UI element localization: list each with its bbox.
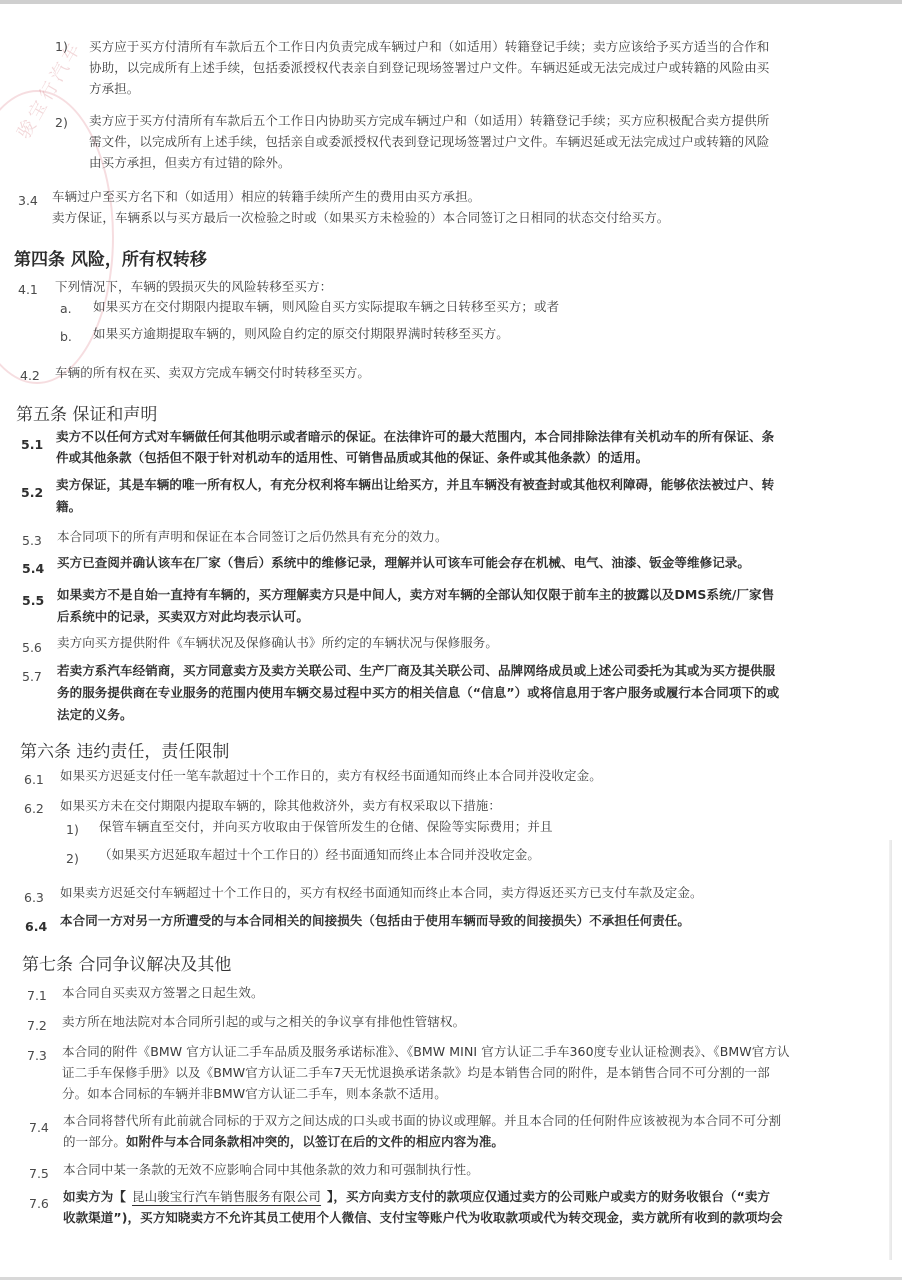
section-5-4-text: 买方已查阅并确认该车在厂家（售后）系统中的维修记录，理解并认可该车可能会存在机械…	[57, 552, 750, 573]
section-7-6-prefix: 如卖方为【	[63, 1189, 126, 1204]
section-7-4-plain: 的一部分。	[63, 1134, 126, 1149]
section-6-2-2-text: （如果买方迟延取车超过十个工作日的）经书面通知而终止本合同并没收定金。	[99, 844, 540, 865]
section-7-4-bold: 如附件与本合同条款相冲突的，以签订在后的文件的相应内容为准。	[126, 1134, 504, 1149]
section-number: 7.6	[29, 1193, 49, 1214]
section-5-6-text: 卖方向买方提供附件《车辆状况及保修确认书》所约定的车辆状况与保修服务。	[57, 632, 498, 653]
section-number: 7.3	[27, 1045, 47, 1066]
section-number: 4.2	[20, 365, 40, 386]
clause-3-item-2-line-3: 由买方承担，但卖方有过错的除外。	[89, 152, 291, 173]
section-number: 6.4	[25, 916, 47, 937]
section-6-4-text: 本合同一方对另一方所遭受的与本合同相关的间接损失（包括由于使用车辆而导致的间接损…	[60, 910, 690, 931]
clause-4-heading: 第四条 风险，所有权转移	[14, 245, 207, 270]
sub-item-number: 2)	[66, 848, 79, 869]
section-4-1-b-text: 如果买方逾期提取车辆的，则风险自约定的原交付期限界满时转移至买方。	[93, 323, 509, 344]
section-number: 5.2	[21, 482, 43, 503]
section-6-2-1-text: 保管车辆直至交付，并向买方收取由于保管所发生的仓储、保险等实际费用；并且	[99, 816, 553, 837]
section-number: 6.2	[24, 798, 44, 819]
section-7-1-text: 本合同自买卖双方签署之日起生效。	[62, 982, 264, 1003]
section-6-2-text: 如果买方未在交付期限内提取车辆的，除其他救济外，卖方有权采取以下措施：	[60, 795, 501, 816]
section-number: 5.7	[22, 666, 42, 687]
clause-3-item-1-line-2: 协助，以完成所有上述手续，包括委派授权代表亲自到登记现场签署过户文件。车辆迟延或…	[89, 57, 769, 78]
sub-item-number: 1)	[66, 819, 79, 840]
section-7-2-text: 卖方所在地法院对本合同所引起的或与之相关的争议享有排他性管辖权。	[62, 1011, 465, 1032]
page-top-edge	[0, 0, 902, 4]
section-number: 6.3	[24, 887, 44, 908]
seller-name-field: 昆山骏宝行汽车销售服务有限公司	[126, 1189, 327, 1204]
section-3-4-line-2: 卖方保证，车辆系以与买方最后一次检验之时或（如果买方未检验的）本合同签订之日相同…	[52, 207, 669, 228]
item-number: 1)	[55, 36, 68, 57]
section-5-5-line-2: 后系统中的记录，买卖双方对此均表示认可。	[57, 606, 309, 627]
section-7-6-line-1: 如卖方为【昆山骏宝行汽车销售服务有限公司】，买方向卖方支付的款项应仅通过卖方的公…	[63, 1186, 770, 1207]
section-7-3-line-3: 分。如本合同标的车辆并非BMW官方认证二手车，则本条款不适用。	[62, 1083, 447, 1104]
section-4-1-text: 下列情况下，车辆的毁损灭失的风险转移至买方：	[55, 276, 332, 297]
section-7-4-line-2: 的一部分。如附件与本合同条款相冲突的，以签订在后的文件的相应内容为准。	[63, 1131, 504, 1152]
sub-item-letter: a.	[60, 298, 72, 319]
clause-3-item-1-line-3: 方承担。	[89, 78, 139, 99]
section-4-1-a-text: 如果买方在交付期限内提取车辆，则风险自买方实际提取车辆之日转移至买方；或者	[93, 296, 559, 317]
sub-item-letter: b.	[60, 326, 72, 347]
section-7-6-line-2: 收款渠道”)，买方知晓卖方不允许其员工使用个人微信、支付宝等账户代为收取款项或代…	[63, 1207, 783, 1228]
section-7-5-text: 本合同中某一条款的无效不应影响合同中其他条款的效力和可强制执行性。	[63, 1159, 479, 1180]
section-number: 5.1	[21, 434, 43, 455]
section-3-4-line-1: 车辆过户至买方名下和（如适用）相应的转籍手续所产生的费用由买方承担。	[52, 186, 480, 207]
section-number: 5.5	[22, 590, 44, 611]
section-5-3-text: 本合同项下的所有声明和保证在本合同签订之后仍然具有充分的效力。	[57, 526, 448, 547]
section-5-2-line-1: 卖方保证，其是车辆的唯一所有权人，有充分权利将车辆出让给买方，并且车辆没有被查封…	[56, 474, 774, 495]
clause-3-item-2-line-1: 卖方应于买方付清所有车款后五个工作日内协助买方完成车辆过户和（如适用）转籍登记手…	[89, 110, 769, 131]
section-7-3-line-1: 本合同的附件《BMW 官方认证二手车品质及服务承诺标准》、《BMW MINI 官…	[62, 1041, 790, 1062]
section-number: 7.1	[27, 985, 47, 1006]
page-edge-shadow	[889, 840, 892, 1260]
section-5-1-line-1: 卖方不以任何方式对车辆做任何其他明示或者暗示的保证。在法律许可的最大范围内，本合…	[56, 426, 774, 447]
clause-3-item-2-line-2: 需文件，以完成所有上述手续，包括亲自或委派授权代表到登记现场签署过户文件。车辆迟…	[89, 131, 769, 152]
section-number: 7.4	[29, 1117, 49, 1138]
clause-5-heading: 第五条 保证和声明	[16, 400, 157, 425]
section-number: 5.3	[22, 530, 42, 551]
section-6-1-text: 如果买方迟延支付任一笔车款超过十个工作日的，卖方有权经书面通知而终止本合同并没收…	[60, 765, 602, 786]
clause-3-item-1-line-1: 买方应于买方付清所有车款后五个工作日内负责完成车辆过户和（如适用）转籍登记手续；…	[89, 36, 769, 57]
section-5-7-line-1: 若卖方系汽车经销商，买方同意卖方及卖方关联公司、生产厂商及其关联公司、品牌网络成…	[57, 660, 775, 681]
section-4-2-text: 车辆的所有权在买、卖双方完成车辆交付时转移至买方。	[55, 362, 370, 383]
section-5-7-line-3: 法定的义务。	[57, 704, 133, 725]
section-7-3-line-2: 证二手车保修手册》以及《BMW官方认证二手车7天无忧退换承诺条款》均是本销售合同…	[62, 1062, 770, 1083]
section-number: 3.4	[18, 190, 38, 211]
section-number: 7.2	[27, 1015, 47, 1036]
section-number: 4.1	[18, 279, 38, 300]
section-number: 6.1	[24, 769, 44, 790]
section-number: 5.4	[22, 558, 44, 579]
section-6-3-text: 如果卖方迟延交付车辆超过十个工作日的，买方有权经书面通知而终止本合同，卖方得返还…	[60, 882, 703, 903]
section-5-2-line-2: 籍。	[56, 496, 81, 517]
section-number: 7.5	[29, 1163, 49, 1184]
section-5-1-line-2: 件或其他条款（包括但不限于针对机动车的适用性、可销售品质或其他的保证、条件或其他…	[56, 447, 648, 468]
clause-7-heading: 第七条 合同争议解决及其他	[22, 950, 231, 975]
clause-6-heading: 第六条 违约责任，责任限制	[20, 737, 229, 762]
item-number: 2)	[55, 112, 68, 133]
section-7-6-suffix: 】，买方向卖方支付的款项应仅通过卖方的公司账户或卖方的财务收银台（“卖方	[327, 1189, 770, 1204]
section-number: 5.6	[22, 637, 42, 658]
section-5-5-line-1: 如果卖方不是自始一直持有车辆的，买方理解卖方只是中间人，卖方对车辆的全部认知仅限…	[57, 584, 774, 605]
section-7-4-line-1: 本合同将替代所有此前就合同标的于双方之间达成的口头或书面的协议或理解。并且本合同…	[63, 1110, 781, 1131]
section-5-7-line-2: 务的服务提供商在专业服务的范围内使用车辆交易过程中买方的相关信息（“信息”）或将…	[57, 682, 779, 703]
